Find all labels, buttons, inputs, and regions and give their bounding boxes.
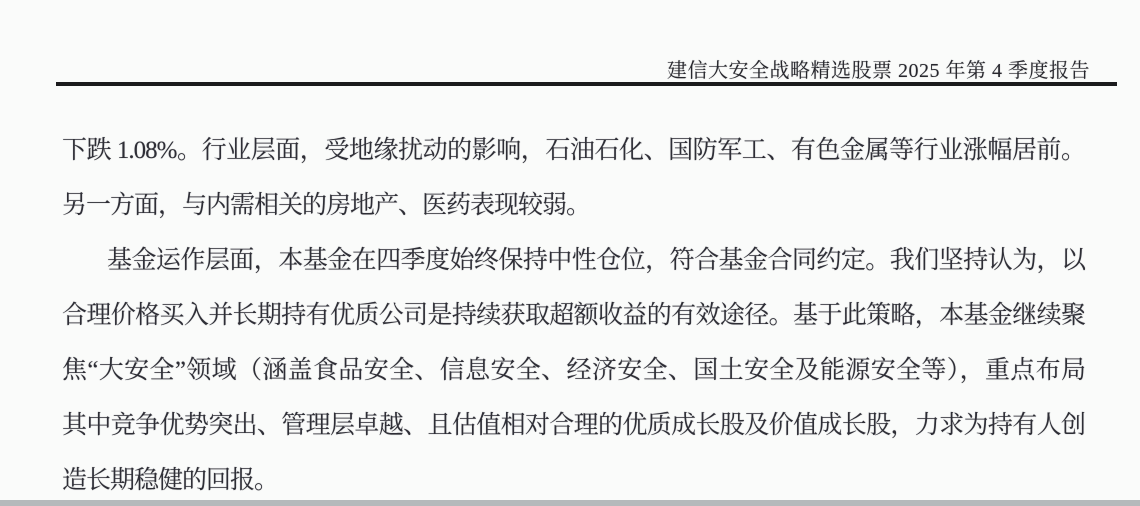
- report-header-title: 建信大安全战略精选股票 2025 年第 4 季度报告: [667, 54, 1090, 83]
- bottom-edge-bar: [0, 500, 1140, 506]
- body-line: 其中竞争优势突出、管理层卓越、且估值相对合理的优质成长股及价值成长股，力求为持有…: [62, 398, 1085, 453]
- body-line: 焦“大安全”领域（涵盖食品安全、信息安全、经济安全、国土安全及能源安全等），重点…: [62, 343, 1085, 398]
- body-line: 下跌 1.08%。行业层面，受地缘扰动的影响，石油石化、国防军工、有色金属等行业…: [62, 123, 1085, 178]
- report-page: 建信大安全战略精选股票 2025 年第 4 季度报告 下跌 1.08%。行业层面…: [0, 0, 1140, 506]
- body-line: 另一方面，与内需相关的房地产、医药表现较弱。: [62, 178, 1085, 233]
- body-line: 合理价格买入并长期持有优质公司是持续获取超额收益的有效途径。基于此策略，本基金继…: [62, 288, 1085, 343]
- report-body: 下跌 1.08%。行业层面，受地缘扰动的影响，石油石化、国防军工、有色金属等行业…: [62, 123, 1085, 506]
- body-line: 基金运作层面，本基金在四季度始终保持中性仓位，符合基金合同约定。我们坚持认为，以: [62, 233, 1085, 288]
- header-rule: [56, 82, 1117, 86]
- body-line: 造长期稳健的回报。: [62, 453, 1085, 506]
